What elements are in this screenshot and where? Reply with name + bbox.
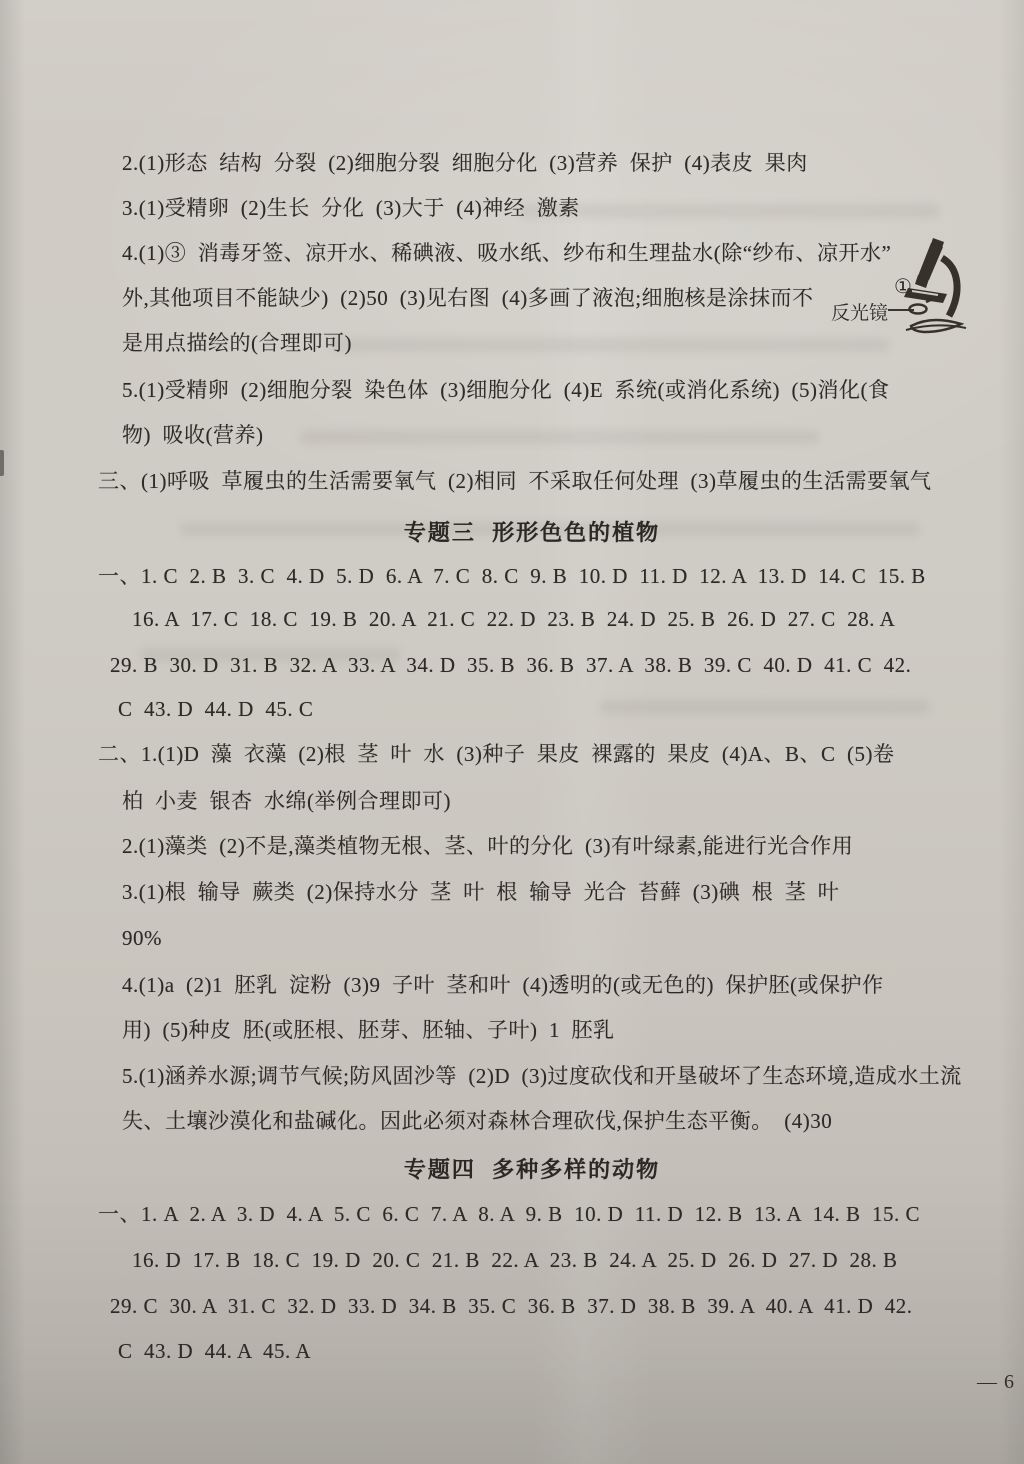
answer-line: 是用点描绘的(合理即可) xyxy=(122,330,352,356)
answer-line: 2.(1)藻类 (2)不是,藻类植物无根、茎、叶的分化 (3)有叶绿素,能进行光… xyxy=(122,833,853,859)
answer-line: 物) 吸收(营养) xyxy=(122,422,263,448)
mcq-line: 29. C 30. A 31. C 32. D 33. D 34. B 35. … xyxy=(110,1293,913,1319)
answer-line: 3.(1)受精卵 (2)生长 分化 (3)大于 (4)神经 激素 xyxy=(122,195,580,221)
section-title-topic4: 专题四 多种多样的动物 xyxy=(20,1153,1024,1184)
mcq-line: 16. A 17. C 18. C 19. B 20. A 21. C 22. … xyxy=(132,606,895,632)
mcq-line: 一、1. C 2. B 3. C 4. D 5. D 6. A 7. C 8. … xyxy=(98,563,926,589)
section-title-topic3: 专题三 形形色色的植物 xyxy=(20,516,1024,547)
answer-line: 用) (5)种皮 胚(或胚根、胚芽、胚轴、子叶) 1 胚乳 xyxy=(122,1017,614,1043)
answer-line: 5.(1)涵养水源;调节气候;防风固沙等 (2)D (3)过度砍伐和开垦破坏了生… xyxy=(122,1063,962,1089)
answer-line: 5.(1)受精卵 (2)细胞分裂 染色体 (3)细胞分化 (4)E 系统(或消化… xyxy=(122,377,890,403)
answer-line: 2.(1)形态 结构 分裂 (2)细胞分裂 细胞分化 (3)营养 保护 (4)表… xyxy=(122,150,808,176)
page-number: — 6 xyxy=(977,1371,1015,1394)
showthrough-smudge xyxy=(300,430,820,444)
scan-edge-artifact xyxy=(0,450,4,476)
answer-line: 90% xyxy=(122,925,162,951)
mcq-line: C 43. D 44. A 45. A xyxy=(118,1338,311,1364)
answer-line: 失、土壤沙漠化和盐碱化。因此必须对森林合理砍伐,保护生态平衡。 (4)30 xyxy=(122,1108,832,1134)
mcq-line: 16. D 17. B 18. C 19. D 20. C 21. B 22. … xyxy=(132,1247,898,1273)
mcq-line: 一、1. A 2. A 3. D 4. A 5. C 6. C 7. A 8. … xyxy=(98,1201,920,1227)
scanned-answer-page: 2.(1)形态 结构 分裂 (2)细胞分裂 细胞分化 (3)营养 保护 (4)表… xyxy=(0,0,1024,1464)
mirror-label: 反光镜 xyxy=(831,298,888,325)
microscope-icon xyxy=(902,238,970,334)
mcq-line: C 43. D 44. D 45. C xyxy=(118,696,313,722)
answer-line: 4.(1)③ 消毒牙签、凉开水、稀碘液、吸水纸、纱布和生理盐水(除“纱布、凉开水… xyxy=(122,240,891,266)
answer-line: 三、(1)呼吸 草履虫的生活需要氧气 (2)相同 不采取任何处理 (3)草履虫的… xyxy=(98,468,931,494)
showthrough-smudge xyxy=(600,700,930,714)
answer-line: 4.(1)a (2)1 胚乳 淀粉 (3)9 子叶 茎和叶 (4)透明的(或无色… xyxy=(122,972,884,998)
mcq-line: 29. B 30. D 31. B 32. A 33. A 34. D 35. … xyxy=(110,652,911,678)
answer-line: 3.(1)根 输导 蕨类 (2)保持水分 茎 叶 根 输导 光合 苔藓 (3)碘… xyxy=(122,879,839,905)
answer-line: 柏 小麦 银杏 水绵(举例合理即可) xyxy=(122,788,451,814)
showthrough-smudge xyxy=(520,204,940,218)
showthrough-smudge xyxy=(330,338,890,352)
answer-line: 二、1.(1)D 藻 衣藻 (2)根 茎 叶 水 (3)种子 果皮 裸露的 果皮… xyxy=(98,741,895,767)
answer-line: 外,其他项目不能缺少) (2)50 (3)见右图 (4)多画了液泡;细胞核是涂抹… xyxy=(122,285,814,311)
